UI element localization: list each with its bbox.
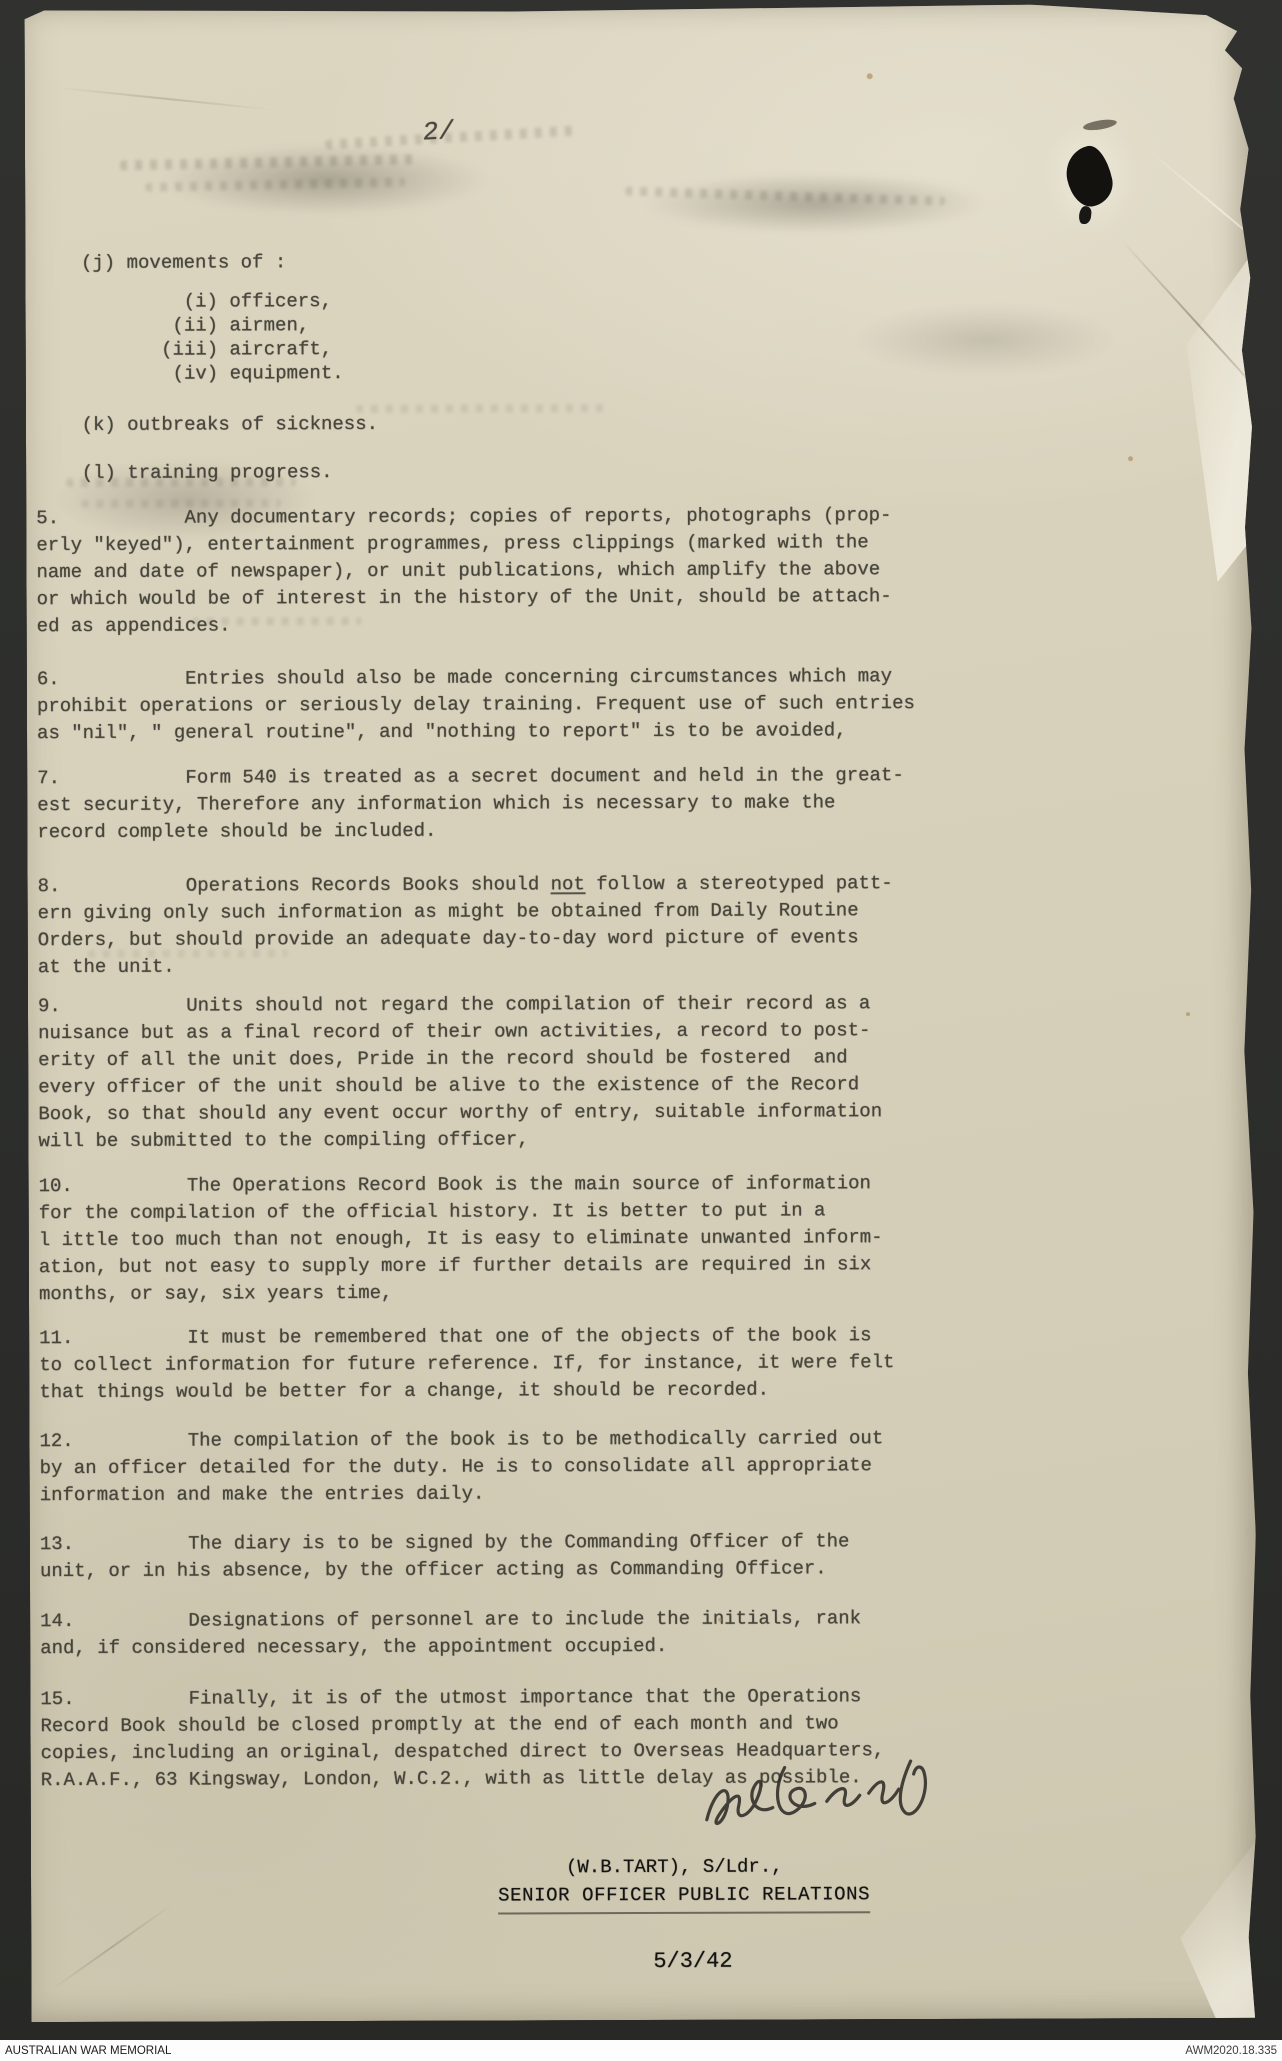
ink-smudge-blob bbox=[645, 173, 985, 234]
paper-crease bbox=[50, 1903, 174, 1991]
archive-footer-bar: AUSTRALIAN WAR MEMORIAL AWM2020.18.335 bbox=[0, 2040, 1282, 2061]
paragraph-10: 10. The Operations Record Book is the ma… bbox=[39, 1170, 1049, 1309]
typed-content: (j) movements of : (i) officers, (ii) ai… bbox=[34, 5, 1050, 1795]
list-item-j: (j) movements of : bbox=[35, 247, 1045, 278]
foxing-spot bbox=[718, 1618, 722, 1622]
paragraph-9: 9. Units should not regard the compilati… bbox=[38, 990, 1049, 1156]
corner-fold-highlight bbox=[1147, 1840, 1258, 2018]
paper-crease bbox=[1147, 148, 1282, 271]
ink-smudge bbox=[192, 617, 362, 626]
ink-smudge-blob bbox=[856, 304, 1116, 375]
paragraph-12: 12. The compilation of the book is to be… bbox=[39, 1425, 1049, 1510]
signature-date: 5/3/42 bbox=[653, 1948, 732, 1975]
paragraph-14: 14. Designations of personnel are to inc… bbox=[40, 1605, 1050, 1663]
handwritten-signature bbox=[699, 1753, 949, 1849]
foxing-spot bbox=[1186, 1012, 1190, 1016]
paragraph-8: 8. Operations Records Books should not f… bbox=[38, 870, 1048, 982]
list-item-k: (k) outbreaks of sickness. bbox=[36, 409, 1046, 440]
archive-name-label: AUSTRALIAN WAR MEMORIAL bbox=[5, 2045, 171, 2057]
ink-smudge bbox=[88, 949, 288, 958]
signatory-title: SENIOR OFFICER PUBLIC RELATIONS bbox=[498, 1881, 870, 1914]
foxing-spot bbox=[1128, 456, 1133, 461]
foxing-spot bbox=[867, 73, 873, 79]
ink-smudge-blob bbox=[56, 459, 316, 540]
ink-smudge bbox=[356, 404, 606, 413]
underline-of-word-not bbox=[551, 892, 586, 894]
torn-edge-highlight bbox=[1171, 252, 1254, 582]
ink-smudge-blob bbox=[165, 145, 485, 216]
archive-id-label: AWM2020.18.335 bbox=[1185, 2045, 1277, 2057]
signatory-name: (W.B.TART), S/Ldr., bbox=[566, 1854, 783, 1882]
paragraph-7: 7. Form 540 is treated as a secret docum… bbox=[37, 762, 1047, 847]
paragraph-6: 6. Entries should also be made concernin… bbox=[37, 663, 1047, 748]
paragraph-13: 13. The diary is to be signed by the Com… bbox=[40, 1528, 1050, 1586]
paragraph-11: 11. It must be remembered that one of th… bbox=[39, 1322, 1049, 1407]
scanned-page: 2/ (j) movements of : (i) officers, (ii)… bbox=[24, 4, 1257, 2022]
